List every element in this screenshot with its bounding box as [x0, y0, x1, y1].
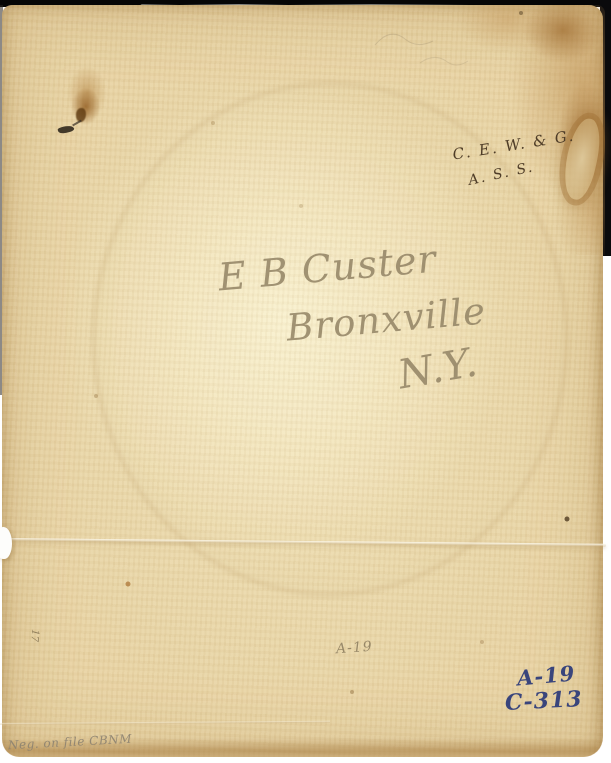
left-edge-mark: 17 — [28, 629, 40, 643]
stain-top-left — [58, 58, 116, 136]
foxing-specks — [0, 0, 2, 2]
ink-catalog-number-line2: C-313 — [504, 686, 583, 716]
scanned-photograph-verso: { "artifact": { "title": "Photograph ver… — [0, 0, 611, 763]
faint-pencil-scribbles — [365, 15, 515, 85]
pencil-catalog-number: A-19 — [335, 639, 373, 658]
